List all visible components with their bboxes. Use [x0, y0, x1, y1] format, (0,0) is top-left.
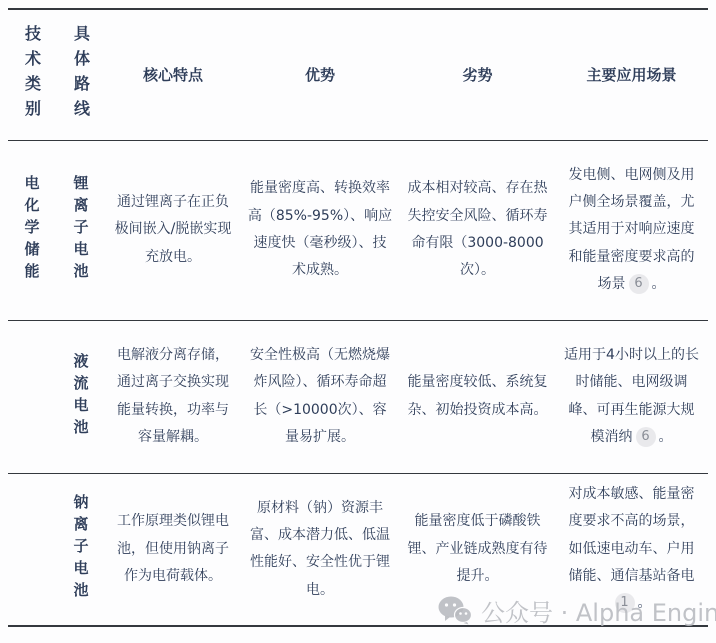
- header-route-label: 具体路线: [70, 25, 93, 125]
- header-category-label: 技术类别: [21, 25, 44, 125]
- advantages-cell-sodium: 原材料（钠）资源丰富、成本潜力低、低温性能好、安全性优于锂电。: [240, 473, 400, 626]
- category-cell: 电化学储能: [8, 140, 56, 320]
- route-cell: 钠离子电池: [56, 473, 106, 626]
- route-label-sodium: 钠离子电池: [71, 494, 92, 604]
- header-advantages: 优势: [240, 9, 400, 140]
- core-cell-sodium: 工作原理类似锂电池，但使用钠离子作为电荷载体。: [106, 473, 240, 626]
- header-scenarios: 主要应用场景: [555, 9, 708, 140]
- category-empty-cell: [8, 320, 56, 473]
- table-row-lithium-ion: 电化学储能 锂离子电池 通过锂离子在正负极间嵌入/脱嵌实现充放电。 能量密度高、…: [8, 140, 708, 320]
- core-cell-flow: 电解液分离存储，通过离子交换实现能量转换，功率与容量解耦。: [106, 320, 240, 473]
- table-header-row: 技术类别 具体路线 核心特点 优势 劣势 主要应用场景: [8, 9, 708, 140]
- category-empty-cell: [8, 473, 56, 626]
- scenarios-cell-sodium: 对成本敏感、能量密度要求不高的场景，如低速电动车、户用储能、通信基站备电1。: [555, 473, 708, 626]
- page: 技术类别 具体路线 核心特点 优势 劣势 主要应用场景 电化学储能 锂离子电池 …: [0, 0, 716, 643]
- route-cell: 液流电池: [56, 320, 106, 473]
- disadvantages-cell-lithium: 成本相对较高、存在热失控安全风险、循环寿命有限（3000-8000次）。: [400, 140, 555, 320]
- storage-tech-comparison-table: 技术类别 具体路线 核心特点 优势 劣势 主要应用场景 电化学储能 锂离子电池 …: [8, 8, 708, 627]
- route-cell: 锂离子电池: [56, 140, 106, 320]
- route-label-lithium: 锂离子电池: [71, 175, 92, 285]
- scenarios-text: 适用于4小时以上的长时储能、电网级调峰、可再生能源大规模消纳: [564, 347, 699, 445]
- category-label: 电化学储能: [22, 175, 43, 285]
- header-cell-route: 具体路线: [56, 9, 106, 140]
- disadvantages-cell-sodium: 能量密度低于磷酸铁锂、产业链成熟度有待提升。: [400, 473, 555, 626]
- header-disadvantages: 劣势: [400, 9, 555, 140]
- core-cell-lithium: 通过锂离子在正负极间嵌入/脱嵌实现充放电。: [106, 140, 240, 320]
- sentence-period: 。: [638, 595, 652, 611]
- sentence-period: 。: [659, 429, 673, 445]
- header-cell-category: 技术类别: [8, 9, 56, 140]
- scenarios-cell-lithium: 发电侧、电网侧及用户侧全场景覆盖，尤其适用于对响应速度和能量密度要求高的场景6。: [555, 140, 708, 320]
- advantages-cell-lithium: 能量密度高、转换效率高（85%-95%）、响应速度快（毫秒级）、技术成熟。: [240, 140, 400, 320]
- scenarios-text: 对成本敏感、能量密度要求不高的场景，如低速电动车、户用储能、通信基站备电: [569, 486, 695, 584]
- citation-badge[interactable]: 6: [636, 427, 656, 447]
- citation-badge[interactable]: 6: [629, 274, 649, 294]
- route-label-flow: 液流电池: [71, 353, 92, 441]
- scenarios-cell-flow: 适用于4小时以上的长时储能、电网级调峰、可再生能源大规模消纳6。: [555, 320, 708, 473]
- sentence-period: 。: [652, 276, 666, 292]
- disadvantages-cell-flow: 能量密度较低、系统复杂、初始投资成本高。: [400, 320, 555, 473]
- advantages-cell-flow: 安全性极高（无燃烧爆炸风险）、循环寿命超长（>10000次）、容量易扩展。: [240, 320, 400, 473]
- table-row-flow-battery: 液流电池 电解液分离存储，通过离子交换实现能量转换，功率与容量解耦。 安全性极高…: [8, 320, 708, 473]
- header-core: 核心特点: [106, 9, 240, 140]
- table-row-sodium-ion: 钠离子电池 工作原理类似锂电池，但使用钠离子作为电荷载体。 原材料（钠）资源丰富…: [8, 473, 708, 626]
- scenarios-text: 发电侧、电网侧及用户侧全场景覆盖，尤其适用于对响应速度和能量密度要求高的场景: [569, 167, 695, 292]
- citation-badge[interactable]: 1: [615, 593, 635, 613]
